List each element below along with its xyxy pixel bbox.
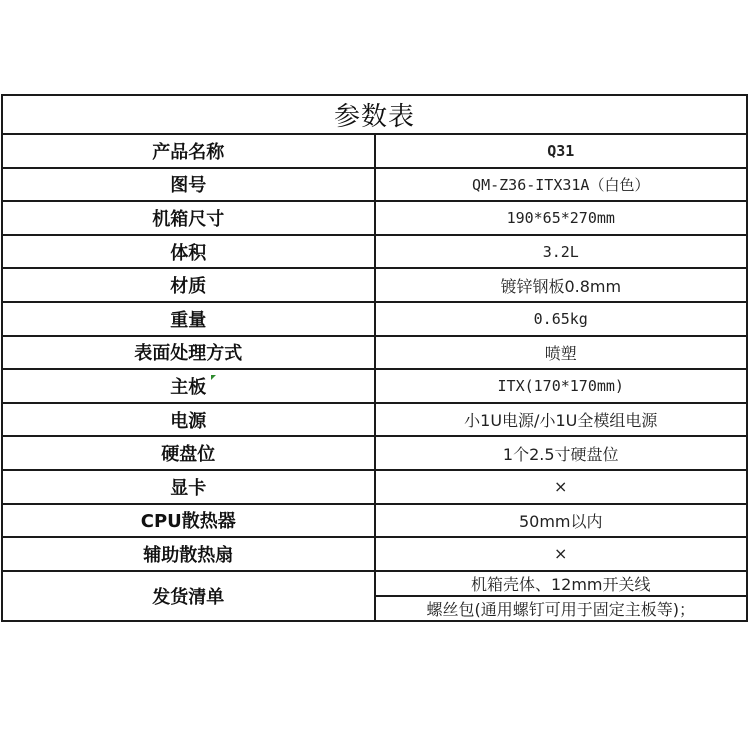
row-value-aux-fan: × — [375, 537, 748, 571]
row-value-surface-treatment: 喷塑 — [375, 336, 748, 370]
table-row: 材质 镀锌钢板0.8mm — [2, 268, 747, 302]
row-label-volume: 体积 — [2, 235, 375, 269]
table-row: 发货清单 机箱壳体、12mm开关线 — [2, 571, 747, 596]
row-label-surface-treatment: 表面处理方式 — [2, 336, 375, 370]
row-label-drive-bay: 硬盘位 — [2, 436, 375, 470]
row-label-aux-fan: 辅助散热扇 — [2, 537, 375, 571]
row-label-weight: 重量 — [2, 302, 375, 336]
row-label-shipping-list: 发货清单 — [2, 571, 375, 621]
row-value-cpu-cooler: 50mm以内 — [375, 504, 748, 538]
row-value-motherboard: ITX(170*170mm) — [375, 369, 748, 403]
cell-comment-marker-icon — [211, 375, 216, 380]
row-value-drive-bay: 1个2.5寸硬盘位 — [375, 436, 748, 470]
row-value-volume: 3.2L — [375, 235, 748, 269]
row-value-case-size: 190*65*270mm — [375, 201, 748, 235]
table-row: 图号 QM-Z36-ITX31A（白色） — [2, 168, 747, 202]
row-label-drawing-number: 图号 — [2, 168, 375, 202]
table-title: 参数表 — [2, 95, 747, 134]
shipping-item: 机箱壳体、12mm开关线 — [375, 571, 748, 596]
spec-table: 参数表 产品名称 Q31 图号 QM-Z36-ITX31A（白色） 机箱尺寸 1… — [1, 94, 748, 622]
shipping-item: 螺丝包(通用螺钉可用于固定主板等)； — [375, 596, 748, 621]
table-row: 辅助散热扇 × — [2, 537, 747, 571]
table-row: 电源 小1U电源/小1U全模组电源 — [2, 403, 747, 437]
table-row: 表面处理方式 喷塑 — [2, 336, 747, 370]
row-value-power-supply: 小1U电源/小1U全模组电源 — [375, 403, 748, 437]
row-label-product-name: 产品名称 — [2, 134, 375, 168]
table-row: 体积 3.2L — [2, 235, 747, 269]
row-label-cpu-cooler: CPU散热器 — [2, 504, 375, 538]
table-row: 显卡 × — [2, 470, 747, 504]
row-value-graphics-card: × — [375, 470, 748, 504]
row-label-case-size: 机箱尺寸 — [2, 201, 375, 235]
row-label-motherboard: 主板 — [2, 369, 375, 403]
row-value-product-name: Q31 — [375, 134, 748, 168]
table-row: 产品名称 Q31 — [2, 134, 747, 168]
row-value-drawing-number: QM-Z36-ITX31A（白色） — [375, 168, 748, 202]
table-row: 主板 ITX(170*170mm) — [2, 369, 747, 403]
table-row: CPU散热器 50mm以内 — [2, 504, 747, 538]
row-label-graphics-card: 显卡 — [2, 470, 375, 504]
table-row: 重量 0.65kg — [2, 302, 747, 336]
row-value-weight: 0.65kg — [375, 302, 748, 336]
row-value-material: 镀锌钢板0.8mm — [375, 268, 748, 302]
table-row: 硬盘位 1个2.5寸硬盘位 — [2, 436, 747, 470]
row-label-material: 材质 — [2, 268, 375, 302]
row-label-power-supply: 电源 — [2, 403, 375, 437]
title-row: 参数表 — [2, 95, 747, 134]
table-row: 机箱尺寸 190*65*270mm — [2, 201, 747, 235]
